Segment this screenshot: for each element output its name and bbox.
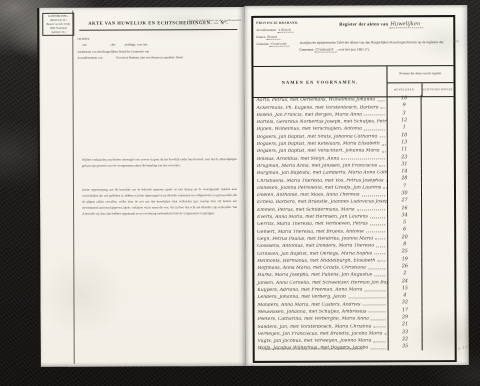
register-title: Register der akten van Huwelijken (339, 21, 423, 27)
row-name-cell: Baselli, Jan Francis, met Bergen, Maria … (254, 112, 387, 118)
row-name: Gemert, Maria Theresia, met Bruens, Anto… (257, 229, 364, 234)
row-name-cell: Daneken, Joanna Petronella, met Graafs, … (254, 185, 387, 191)
dotted-leader (364, 129, 385, 130)
intro-paragraph: Jaarlijksche alphabetische Tafel der Akt… (299, 39, 448, 53)
row-name-cell: Grinsven, Jan Baptist, met Oerlegs, Mari… (254, 251, 387, 257)
row-name-cell: Sanders, Jan, met Vorstenbosch, Maria Ch… (255, 324, 388, 330)
row-name: Aarts, Petrus, met Oerlemans, Wilhelmina… (257, 98, 376, 104)
dotted-leader (377, 100, 384, 101)
row-name-cell: Bolsius, Arnoldus, met Steijn, Anna (254, 156, 387, 162)
row-name-cell: Burgman, Jan Baptista, met Lamberts, Mar… (254, 171, 387, 177)
row-name: Bijnen, Wilhelmus, met Verschuijlen, Ant… (257, 127, 362, 132)
row-name: Doelen, Anthonie, met Maas, Anna Theresi… (257, 193, 360, 198)
row-divorce-number (421, 241, 454, 248)
register-scan: KANTMELDING.(Model Litt. B.)Besluit van … (0, 0, 480, 386)
dotted-leader (374, 275, 385, 276)
row-divorce-number (421, 292, 454, 299)
row-name-cell: Brugman, Maria Anna, met Janssen, Jan Fr… (254, 163, 387, 169)
table-header: NAMEN EN VOORNAMEN. Nommer der akten van… (253, 65, 453, 98)
footnote: (*) Wanneer de Tafel meer dan één blad b… (259, 347, 364, 350)
gemeente-value: Cromvoirt (270, 42, 290, 47)
arrondissement-value: 's Bosch (277, 28, 294, 33)
kanton-label: Kanton (256, 35, 265, 39)
row-name: Sanders, Jan, met Vorstenbosch, Maria Ch… (258, 324, 372, 329)
row-name-cell: Ackermans, Ph. Eugène, met Vorstenbosch,… (254, 105, 387, 111)
row-name: Goossens, Antonius, met Donders, Maria T… (257, 244, 374, 250)
row-name: Everts, Anna Maria, met Hermsen, Jan Lau… (257, 214, 368, 219)
dotted-leader (379, 166, 385, 167)
title-rule (79, 29, 237, 31)
akte-form-lines: Op heden van , des middags, voor onsAmbt… (77, 35, 239, 62)
bijlage-margin-note: Bijl. (454, 39, 459, 43)
dotted-leader (362, 304, 385, 305)
dotted-leader (370, 217, 385, 218)
dotted-leader (370, 224, 385, 225)
row-name: Hurks, Maria Josepha, met Pullens, Jan A… (257, 273, 372, 279)
row-name-cell: Lenders, Johanna, met Verberg, Jacob (254, 295, 387, 301)
intro-text-2: , voor het jaar 1861 (*). (336, 47, 369, 51)
dotted-leader (381, 107, 385, 108)
dotted-leader (376, 246, 385, 247)
row-divorce-number (422, 329, 455, 336)
dotted-leader (364, 115, 385, 116)
row-name-cell: Hoffmans, Anna Maria, met Graafs, Christ… (254, 265, 387, 271)
row-name-cell: Aarts, Petrus, met Oerlemans, Wilhelmina… (254, 98, 387, 104)
row-name: Bogaers, Jan Baptist, met Ketelaars, Mar… (257, 141, 380, 147)
gemeente-label: Gemeente (256, 42, 269, 46)
row-name-cell: Manders, Anna Maria, met Custers, Andrie… (254, 302, 387, 308)
dotted-leader (364, 290, 385, 291)
row-name-cell: Meuwissen, Johanna, met Schutjes, Ambros… (255, 309, 388, 315)
row-divorce-number (422, 321, 455, 328)
dotted-leader (348, 297, 385, 298)
row-name: Baselli, Jan Francis, met Bergen, Maria … (257, 112, 362, 117)
row-divorce-number (421, 256, 454, 263)
row-name-cell: Bogaers, Jan Baptist, met Smits, Johanna… (254, 134, 387, 140)
row-name: Hoffmans, Anna Maria, met Graafs, Christ… (257, 266, 366, 271)
row-name: Lenders, Johanna, met Verberg, Jacob (257, 295, 346, 300)
row-name: Christiaens, Maria Theresia, met Vos, Pe… (257, 178, 384, 184)
row-divorce-number (421, 299, 454, 306)
akte-form-area: AKTE VAN HUWELIJK EN ECHTSCHEIDINGEN. — … (77, 20, 239, 62)
dotted-leader (379, 137, 384, 138)
dotted-leader (373, 341, 385, 342)
acts-table: NAMEN EN VOORNAMEN. Nommer der akten van… (253, 65, 454, 353)
row-divorce-number (422, 343, 455, 350)
row-divorce-number (421, 263, 454, 270)
dotted-leader (362, 195, 385, 196)
dotted-leader (341, 159, 385, 160)
row-name: Gerrits, Maria Theresia, met Verhoeven, … (257, 222, 368, 227)
row-divorce-number (422, 314, 455, 321)
row-name-cell: Echela, Barbara, met Bruestle, Joannes L… (254, 200, 387, 206)
row-name-cell: Verheijen, Jan Franciscus, met Brandts, … (255, 331, 388, 337)
row-name-cell: Jansen, Anna Cornelia, met Schweitzer, H… (254, 280, 387, 286)
row-name: Peeters, Catharina, met Verberghe, Maria… (258, 317, 369, 322)
dotted-leader (366, 232, 385, 233)
row-divorce-number (421, 285, 454, 292)
pencil-scribble: s. 14 (457, 344, 467, 350)
row-name-cell: Everts, Anna Maria, met Hermsen, Jan Lau… (254, 214, 387, 220)
kantmelding-box: KANTMELDING.(Model Litt. B.)Besluit van … (42, 13, 74, 37)
row-name-cell: Goossens, Antonius, met Donders, Maria T… (254, 244, 387, 250)
row-divorce-number (421, 277, 454, 284)
page-spread: KANTMELDING.(Model Litt. B.)Besluit van … (0, 0, 480, 386)
row-name: Meuwissen, Johanna, met Schutjes, Ambros… (258, 309, 367, 314)
dotted-leader (370, 348, 385, 349)
kantmelding-line: (nummer 41.) (44, 30, 72, 34)
row-name-cell: Christiaens, Maria Theresia, met Vos, Pe… (254, 178, 387, 184)
left-page-akte-form: KANTMELDING.(Model Litt. B.)Besluit van … (37, 7, 246, 367)
row-name: Jansen, Anna Cornelia, met Schweitzer, H… (257, 280, 387, 286)
row-name: Emmen, Petrus, met Schildermans, Maria (257, 207, 355, 212)
row-name: Bogaers, Jan Baptist, met Verachtert, Jo… (257, 149, 380, 155)
dotted-leader (374, 253, 385, 254)
row-name-cell: Helmonts, Hermanus, met Middelburgh, Eli… (254, 258, 387, 264)
row-name: Verheijen, Jan Franciscus, met Brandts, … (258, 331, 383, 337)
row-name: Grinsven, Jan Baptist, met Oerlegs, Mari… (257, 251, 372, 257)
row-name-cell: Bartels, Gerardus Norbertus Joseph, met … (254, 120, 387, 126)
row-name-cell: Peeters, Catharina, met Verberghe, Maria… (255, 317, 388, 323)
row-name: Echela, Barbara, met Bruestle, Joannes L… (257, 200, 387, 206)
numbers-group-header: Nommer der akten van het register. (387, 66, 453, 83)
dotted-leader (375, 239, 385, 240)
row-divorce-number (421, 307, 454, 314)
row-name: Ackermans, Ph. Eugène, met Vorstenbosch,… (257, 105, 379, 111)
dotted-leader (373, 326, 385, 327)
row-divorce-number (421, 248, 454, 255)
row-name-cell: Vugts, Jan Jacobus, met Verweijen, Joann… (255, 338, 388, 344)
row-name: Kuijpers, Adriana, met Freeman, Anna Mar… (257, 287, 362, 292)
row-name-cell: Kuijpers, Adriana, met Freeman, Anna Mar… (254, 287, 387, 293)
form-line: Arrondissement van Provincie Brabant, zi… (77, 54, 239, 61)
dotted-leader (382, 144, 386, 145)
dotted-leader (369, 312, 386, 313)
arrondissement-label: Arrondissement (256, 28, 276, 32)
table-rows: Aarts, Petrus, met Oerlemans, Wilhelmina… (254, 95, 455, 351)
printed-paragraph-1: Wijders verklaarden ons beiden vereenigd… (82, 157, 237, 170)
names-column-header: NAMEN EN VOORNAMEN. (253, 66, 386, 97)
row-name: Bartels, Gerardus Norbertus Joseph, met … (257, 120, 387, 126)
register-title-label: Register der akten van (339, 21, 388, 26)
intro-gemeente-value: Cromvoirt (314, 47, 336, 52)
row-name: Helmonts, Hermanus, met Middelburgh, Eli… (257, 258, 375, 264)
row-name-cell: Emmen, Petrus, met Schildermans, Maria (254, 207, 387, 213)
akte-title: AKTE VAN HUWELIJK EN ECHTSCHEIDINGEN. — … (77, 20, 239, 26)
dotted-leader (357, 210, 385, 211)
row-name-cell: Gemert, Maria Theresia, met Bruens, Anto… (254, 229, 387, 235)
row-divorce-number (421, 270, 454, 277)
register-title-value: Huwelijken (389, 21, 423, 28)
row-name-cell: Geijn, Petrus Paulus, met Hendriks, Joan… (254, 236, 387, 242)
row-name: Daneken, Joanna Petronella, met Graafs, … (257, 185, 381, 191)
row-name-cell: Gerrits, Maria Theresia, met Verhoeven, … (254, 222, 387, 228)
row-name-cell: Bogaers, Jan Baptist, met Ketelaars, Mar… (254, 141, 387, 147)
dotted-leader (368, 268, 385, 269)
row-name: Bolsius, Arnoldus, met Steijn, Anna (257, 156, 339, 161)
row-name: Manders, Anna Maria, met Custers, Andrie… (257, 302, 360, 307)
right-page-tafel: PROVINCIE BRABAND. Arrondissement 's Bos… (244, 5, 469, 366)
row-name-cell: Bijnen, Wilhelmus, met Verschuijlen, Ant… (254, 127, 387, 133)
row-name-cell: Hurks, Maria Josepha, met Pullens, Jan A… (254, 273, 387, 279)
margin-rule (72, 11, 75, 364)
dotted-leader (371, 319, 386, 320)
row-divorce-number (421, 234, 454, 241)
row-name: Vugts, Jan Jacobus, met Verweijen, Joann… (258, 339, 372, 344)
row-name: Geijn, Petrus Paulus, met Hendriks, Joan… (257, 236, 373, 242)
row-name: Brugman, Maria Anna, met Janssen, Jan Fr… (257, 163, 377, 169)
row-divorce-number (421, 226, 454, 233)
row-name: Bogaers, Jan Baptist, met Smits, Johanna… (257, 134, 378, 140)
row-act-number: 35 (388, 343, 422, 350)
row-divorce-number (422, 336, 455, 343)
dotted-leader (377, 261, 385, 262)
kanton-value: Boxtel (266, 35, 280, 40)
dotted-leader (382, 151, 386, 152)
row-name-cell: Doelen, Anthonie, met Maas, Anna Theresi… (254, 193, 387, 199)
table-frame: PROVINCIE BRABAND. Arrondissement 's Bos… (251, 15, 457, 363)
row-name: Burgman, Jan Baptista, met Lamberts, Mar… (257, 171, 387, 177)
row-name-cell: Bogaers, Jan Baptist, met Verachtert, Jo… (254, 149, 387, 155)
numbers-column-group: Nommer der akten van het register. HUWEL… (386, 66, 453, 96)
printed-paragraph-2: Geene tegenwerping aan dit huwelijk van … (82, 187, 237, 217)
